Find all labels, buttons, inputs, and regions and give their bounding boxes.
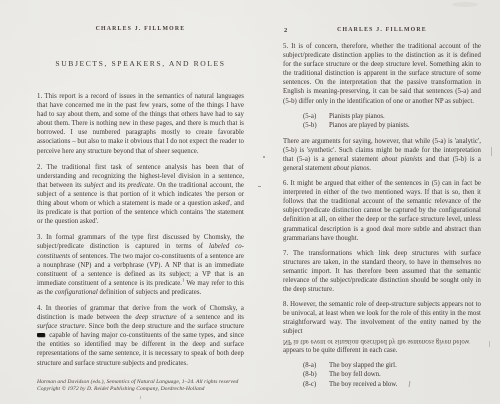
example-8c-text: The boy received a blow.: [329, 380, 481, 390]
paragraph-5-continuation: There are arguments for saying, however,…: [283, 137, 481, 173]
example-8a: (8-a) The boy slapped the girl.: [283, 361, 481, 371]
example-5b: (5-b) Pianos are played by pianists.: [283, 121, 481, 131]
paragraph-6: 6. It might be argued that either of the…: [283, 179, 481, 243]
copyright-footnote: Harman and Davidson (eds.), Semantics of…: [37, 379, 244, 393]
scan-artifact-edge-tick: [491, 147, 492, 156]
paragraph-8-flipped-print-artifact: NP in the event or situation described b…: [283, 337, 481, 346]
example-5b-text: Pianos are played by pianists.: [329, 121, 481, 131]
scan-artifact-smudge: [452, 2, 478, 7]
paragraph-1: 1. This report is a record of issues in …: [37, 92, 244, 156]
example-5a-text: Pianists play pianos.: [329, 112, 481, 122]
example-5a: (5-a) Pianists play pianos.: [283, 112, 481, 122]
example-8a-text: The boy slapped the girl.: [329, 361, 481, 371]
ink-blot-artifact: [37, 333, 45, 338]
example-5a-label: (5-a): [303, 112, 329, 122]
paragraph-2: 2. The traditional first task of sentenc…: [37, 163, 244, 227]
example-8b-label: (8-b): [303, 370, 329, 380]
running-head-right: 2 CHARLES J. FILLMORE: [283, 27, 481, 34]
page-left: CHARLES J. FILLMORE SUBJECTS, SPEAKERS, …: [37, 26, 244, 400]
paragraph-8-end: appears to be quite different in each ca…: [283, 346, 481, 355]
examples-5: (5-a) Pianists play pianos. (5-b) Pianos…: [283, 112, 481, 131]
paragraph-8-start: 8. However, the semantic role of deep-st…: [283, 300, 481, 336]
page-mark: 1: [37, 395, 244, 400]
paragraph-5: 5. It is of concern, therefore, whether …: [283, 42, 481, 106]
example-8b: (8-b) The boy fell down.: [283, 370, 481, 380]
footnote-line-2: Copyright © 1972 by D. Reidel Publishing…: [37, 386, 244, 393]
footnote-line-1: Harman and Davidson (eds.), Semantics of…: [37, 379, 244, 386]
scan-artifact-dot: [263, 156, 265, 158]
scanned-paper-spread: CHARLES J. FILLMORE SUBJECTS, SPEAKERS, …: [0, 0, 500, 404]
paragraph-7: 7. The transformations which link deep s…: [283, 249, 481, 294]
scan-artifact-dash: [258, 186, 261, 187]
example-5b-label: (5-b): [303, 121, 329, 131]
example-8a-label: (8-a): [303, 361, 329, 371]
example-8c-label: (8-c): [303, 380, 329, 390]
scan-artifact-edge-tick: [489, 341, 490, 347]
running-head-text: CHARLES J. FILLMORE: [337, 27, 427, 33]
page-number: 2: [284, 27, 287, 34]
examples-8: (8-a) The boy slapped the girl. (8-b) Th…: [283, 361, 481, 390]
running-head-left: CHARLES J. FILLMORE: [37, 26, 244, 33]
example-8c: (8-c) The boy received a blow.: [283, 380, 481, 390]
paragraph-3: 3. In formal grammars of the type first …: [37, 233, 244, 297]
article-title: SUBJECTS, SPEAKERS, AND ROLES: [37, 59, 244, 68]
example-8b-text: The boy fell down.: [329, 370, 481, 380]
page-right: 2 CHARLES J. FILLMORE 5. It is of concer…: [283, 27, 481, 389]
paragraph-4: 4. In theories of grammar that derive fr…: [37, 304, 244, 368]
